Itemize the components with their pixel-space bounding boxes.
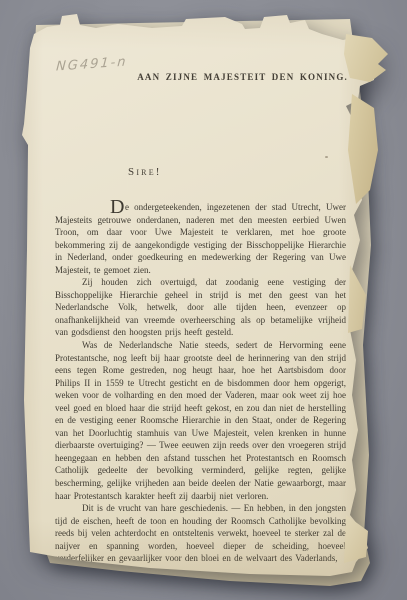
torn-edge-flap	[344, 30, 392, 86]
document-page-wrap: NG491-n AAN ZIJNE MAJESTEIT DEN KONING. …	[22, 8, 374, 590]
pencil-shelfmark-annotation: NG491-n	[56, 54, 128, 74]
page-title: AAN ZIJNE MAJESTEIT DEN KONING.	[137, 72, 348, 82]
crease-mark	[161, 578, 164, 586]
paragraph: Was de Nederlandsche Natie steeds, seder…	[55, 339, 346, 502]
paragraph: Zij houden zich overtuigd, dat zoodanig …	[55, 276, 346, 339]
salutation: Sire!	[128, 166, 162, 178]
body-text: De ondergeteekenden, ingezetenen der sta…	[55, 201, 346, 565]
document-page: NG491-n AAN ZIJNE MAJESTEIT DEN KONING. …	[22, 8, 374, 590]
crease-mark	[198, 581, 201, 589]
paragraph: De ondergeteekenden, ingezetenen der sta…	[55, 201, 346, 276]
paragraph-text: e ondergeteekenden, ingezetenen der stad…	[55, 202, 346, 275]
photo-background: NG491-n AAN ZIJNE MAJESTEIT DEN KONING. …	[0, 0, 407, 600]
foxing-speck	[325, 156, 328, 158]
paragraph: Dit is de vrucht van hare geschiedenis. …	[55, 502, 346, 565]
